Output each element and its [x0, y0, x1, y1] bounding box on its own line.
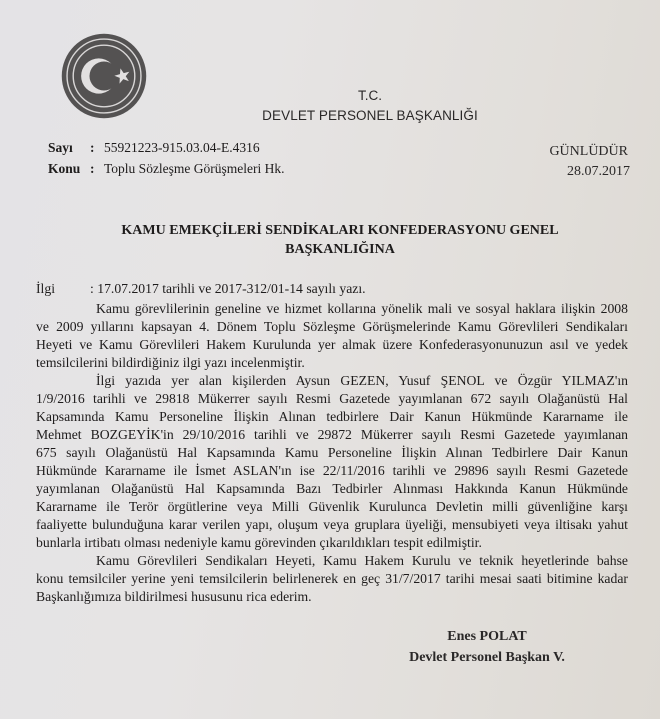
- konu-label: Konu: [48, 158, 90, 179]
- paragraph-line: Mehmet BOZGEYİK'in 29/10/2016 tarihli ve…: [36, 426, 628, 444]
- signatory-title: Devlet Personel Başkan V.: [392, 647, 582, 668]
- paragraph: İlgi yazıda yer alan kişilerden Aysun GE…: [36, 372, 628, 552]
- paragraphs: Kamu görevlilerinin geneline ve hizmet k…: [36, 300, 628, 606]
- paragraph-line: ve 2009 yıllarını kapsayan 4. Dönem Topl…: [36, 318, 628, 336]
- signatory-name: Enes POLAT: [392, 626, 582, 647]
- paragraph-line: Heyeti ve Kamu Görevlileri Hakem Kurulun…: [36, 336, 628, 354]
- ilgi-label: İlgi: [36, 280, 90, 298]
- organization-name: DEVLET PERSONEL BAŞKANLIĞI: [200, 106, 540, 126]
- paragraph-line: Kararname ile Terör örgütlerine veya Mil…: [36, 498, 628, 516]
- ilgi-value: : 17.07.2017 tarihli ve 2017-312/01-14 s…: [90, 280, 366, 298]
- paragraph-line: Başkanlığımıza bildirilmesi hususunu ric…: [36, 588, 628, 606]
- paragraph-line: faaliyette bulunduğuna karar verilen yap…: [36, 516, 628, 534]
- sayi-label: Sayı: [48, 137, 90, 158]
- letter-body: İlgi : 17.07.2017 tarihli ve 2017-312/01…: [36, 280, 628, 606]
- paragraph-line: yayımlanan Olağanüstü Hal Kapsamında Baz…: [36, 480, 628, 498]
- paragraph-line: 1/9/2016 tarihli ve 29818 Mükerrer sayıl…: [36, 390, 628, 408]
- ilgi-row: İlgi : 17.07.2017 tarihli ve 2017-312/01…: [36, 280, 628, 298]
- urgency-label: GÜNLÜDÜR: [549, 142, 630, 162]
- paragraph-line: temsilcilerini bildirdiğiniz ilgi yazı i…: [36, 354, 628, 372]
- document-page: T.C. DEVLET PERSONEL BAŞKANLIĞI Sayı : 5…: [0, 0, 660, 719]
- date-block: GÜNLÜDÜR 28.07.2017: [549, 142, 630, 182]
- paragraph-line: Kamu görevlilerinin geneline ve hizmet k…: [36, 300, 628, 318]
- addressee: KAMU EMEKÇİLERİ SENDİKALARI KONFEDERASYO…: [60, 221, 620, 259]
- letterhead: T.C. DEVLET PERSONEL BAŞKANLIĞI: [200, 86, 540, 126]
- paragraph: Kamu Görevlileri Sendikaları Heyeti, Kam…: [36, 552, 628, 606]
- document-date: 28.07.2017: [567, 164, 630, 179]
- addressee-line-1: KAMU EMEKÇİLERİ SENDİKALARI KONFEDERASYO…: [60, 221, 620, 240]
- paragraph: Kamu görevlilerinin geneline ve hizmet k…: [36, 300, 628, 372]
- signature-block: Enes POLAT Devlet Personel Başkan V.: [392, 626, 582, 668]
- sayi-row: Sayı : 55921223-915.03.04-E.4316: [48, 137, 285, 158]
- paragraph-line: bunlarla irtibatı olması nedeniyle kamu …: [36, 534, 628, 552]
- tc-heading: T.C.: [200, 86, 540, 106]
- konu-value: Toplu Sözleşme Görüşmeleri Hk.: [104, 158, 285, 179]
- reference-block: Sayı : 55921223-915.03.04-E.4316 Konu : …: [48, 137, 285, 179]
- sayi-value: 55921223-915.03.04-E.4316: [104, 137, 260, 158]
- colon: :: [90, 137, 104, 158]
- paragraph-line: 675 sayılı Olağanüstü Hal Kapsamında Kam…: [36, 444, 628, 462]
- konu-row: Konu : Toplu Sözleşme Görüşmeleri Hk.: [48, 158, 285, 179]
- paragraph-line: Hükmünde Kararname ile İsmet ASLAN'ın is…: [36, 462, 628, 480]
- addressee-line-2: BAŞKANLIĞINA: [60, 240, 620, 259]
- colon: :: [90, 158, 104, 179]
- paragraph-line: Kapsamında Kamu Personeline İlişkin Alın…: [36, 408, 628, 426]
- paragraph-line: İlgi yazıda yer alan kişilerden Aysun GE…: [36, 372, 628, 390]
- crescent-star-emblem-icon: [60, 32, 148, 120]
- paragraph-line: konu temsilciler yerine yeni temsilciler…: [36, 570, 628, 588]
- paragraph-line: Kamu Görevlileri Sendikaları Heyeti, Kam…: [36, 552, 628, 570]
